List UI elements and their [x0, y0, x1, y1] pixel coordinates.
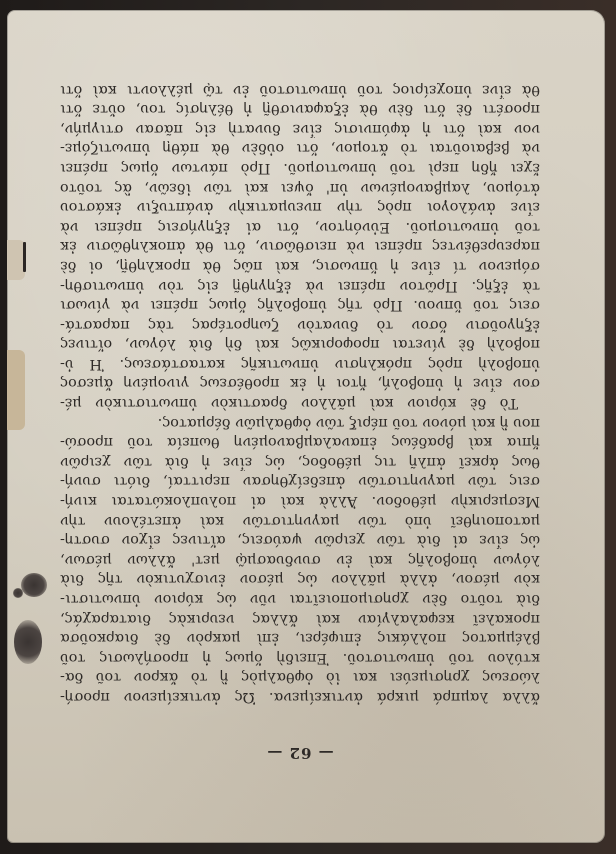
- page-number: — 62 —: [60, 744, 540, 762]
- torn-edge: [7, 350, 25, 430]
- text-line: σεις τοῦ ὕπνου. Πρὸ τῆς ὑποβολῆς ὅμως πρ…: [60, 295, 540, 315]
- text-line: διὰ τοῦτο δὲν χρησιμοποιεῖται νῦν ὡς κύρ…: [60, 588, 540, 608]
- text-line: ματοποιηθεῖ ὑπὸ τῶν μαγνητιστῶν καὶ ἀπετ…: [60, 510, 540, 530]
- text-line: ὡς εἶνε αἱ διὰ τῶν χειρῶν ψαύσεις, αἵτιν…: [60, 530, 540, 550]
- body-text: ἄλλα λαμπρά μικρά ἀντικείμενα. Ὡς ἀντικε…: [60, 79, 540, 706]
- text-line: Μεσμερικὴν μέθοδον. Ἀλλὰ καὶ αἱ πολυπλοκ…: [60, 490, 540, 510]
- text-line: κτύλου τοῦ ὑπνωτιστοῦ. Ἐπειδὴ ὅμως ἡ προ…: [60, 647, 540, 667]
- text-line: νον καὶ ὅτι ἡ ἀφύπνισις εἶνε δυνατὴ εἰς …: [60, 118, 540, 138]
- text-line: ὑποβολὴ πρὸς πρόκλησιν ὑπνωτικῆς καταστά…: [60, 353, 540, 373]
- text-line: Τὸ δὲ κύριον καὶ μᾶλλον δραστικὸν ὑπνωτι…: [60, 393, 540, 413]
- text-line: παρευρεθέντες πρέπει νὰ πεισθῶσιν, ὅτι θ…: [60, 236, 540, 256]
- staple-mark: [23, 242, 26, 272]
- text-line: σον εἶνε ἡ ὑποβολή, ἤτοι ἡ ἐκ προθέσεως …: [60, 373, 540, 393]
- text-line: τὰ ἑξῆς. Πρῶτον πρέπει νὰ ἐξηγηθῇ εἰς τὸ…: [60, 275, 540, 295]
- text-line: σεις τῶν μαγνητιστῶν ἀπεδείχθησαν περιττ…: [60, 471, 540, 491]
- text-line: θως ἀρκεῖ ἀπλῆ τις μέθοδος, ὡς εἶνε ἡ δι…: [60, 451, 540, 471]
- ink-stain: [14, 620, 42, 664]
- text-line: σόμενον τί εἶνε ἡ ὕπνωσις, καὶ πῶς θὰ πρ…: [60, 255, 540, 275]
- text-line: λώσεως χρησιμεύει και ἰὸ ὀφθαλμὸς ἢ τὸ ἄ…: [60, 667, 540, 687]
- text-line: προσέτι δὲ ὅτι δὲν θὰ ἐξαφανισθῇ ἡ θέλησ…: [60, 99, 540, 119]
- text-line: νὰ βεβαιοῦται τὸ ἄτομον, ὅτι οὐδὲν θὰ πά…: [60, 138, 540, 158]
- text-line: ποβολὴ δὲ γίνεται προφορικῶς καὶ δὴ διὰ …: [60, 334, 540, 354]
- text-line: βλέμματος πολλάκις ἐπιφέρει, ἐπὶ μακρὸν …: [60, 628, 540, 648]
- text-line: ἐξηγοῦσιν ὅσον τὸ δυνατὸν ζωηροτέρας τὰς…: [60, 314, 540, 334]
- text-line: εἶνε ἀνάλογοι πρὸς τὴν πνευματικὴν ἀνάπτ…: [60, 197, 540, 217]
- text-line: προκαλεῖ κεφαλαλγίαν καὶ ἄλλας νευρικὰς …: [60, 608, 540, 628]
- text-line: κὸν μέσον, ἀλλὰ μᾶλλον ὡς μέσον ἐνισχυτι…: [60, 569, 540, 589]
- ink-stain: [21, 573, 47, 597]
- text-line: ἀτόμου, λαμβανομένων ὑπ' ὄψει καὶ τῶν ἰδ…: [60, 177, 540, 197]
- text-line: ἥπια καὶ βραδέως ἐπαναλαμβανομένη θωπεία…: [60, 432, 540, 452]
- text-line: θὰ εἶνε ὑποχείριος τοῦ ὑπνωτιστοῦ ἐν τῷ …: [60, 79, 540, 99]
- text-line: τοῦ ὑπνωτισμοῦ. Εὐνόητον, ὅτι αἱ ἐξηγήσε…: [60, 216, 540, 236]
- page-text-block: — 62 — ἄλλα λαμπρά μικρά ἀντικείμενα. Ὡς…: [60, 82, 540, 802]
- text-line: που ἢ καὶ μόνον τοῦ πέριξ τῶν ὀφθαλμῶν δ…: [60, 412, 540, 432]
- text-line: ἔχει ἤδη περὶ τοῦ ὑπνωτισμοῦ. Πρὸ πάντων…: [60, 157, 540, 177]
- text-line: λόγων ὑποβολῆς καὶ ἐν συνδυασμῷ μετ' ἄλλ…: [60, 549, 540, 569]
- text-line: ἄλλα λαμπρά μικρά ἀντικείμενα. Ὡς ἀντικε…: [60, 686, 540, 706]
